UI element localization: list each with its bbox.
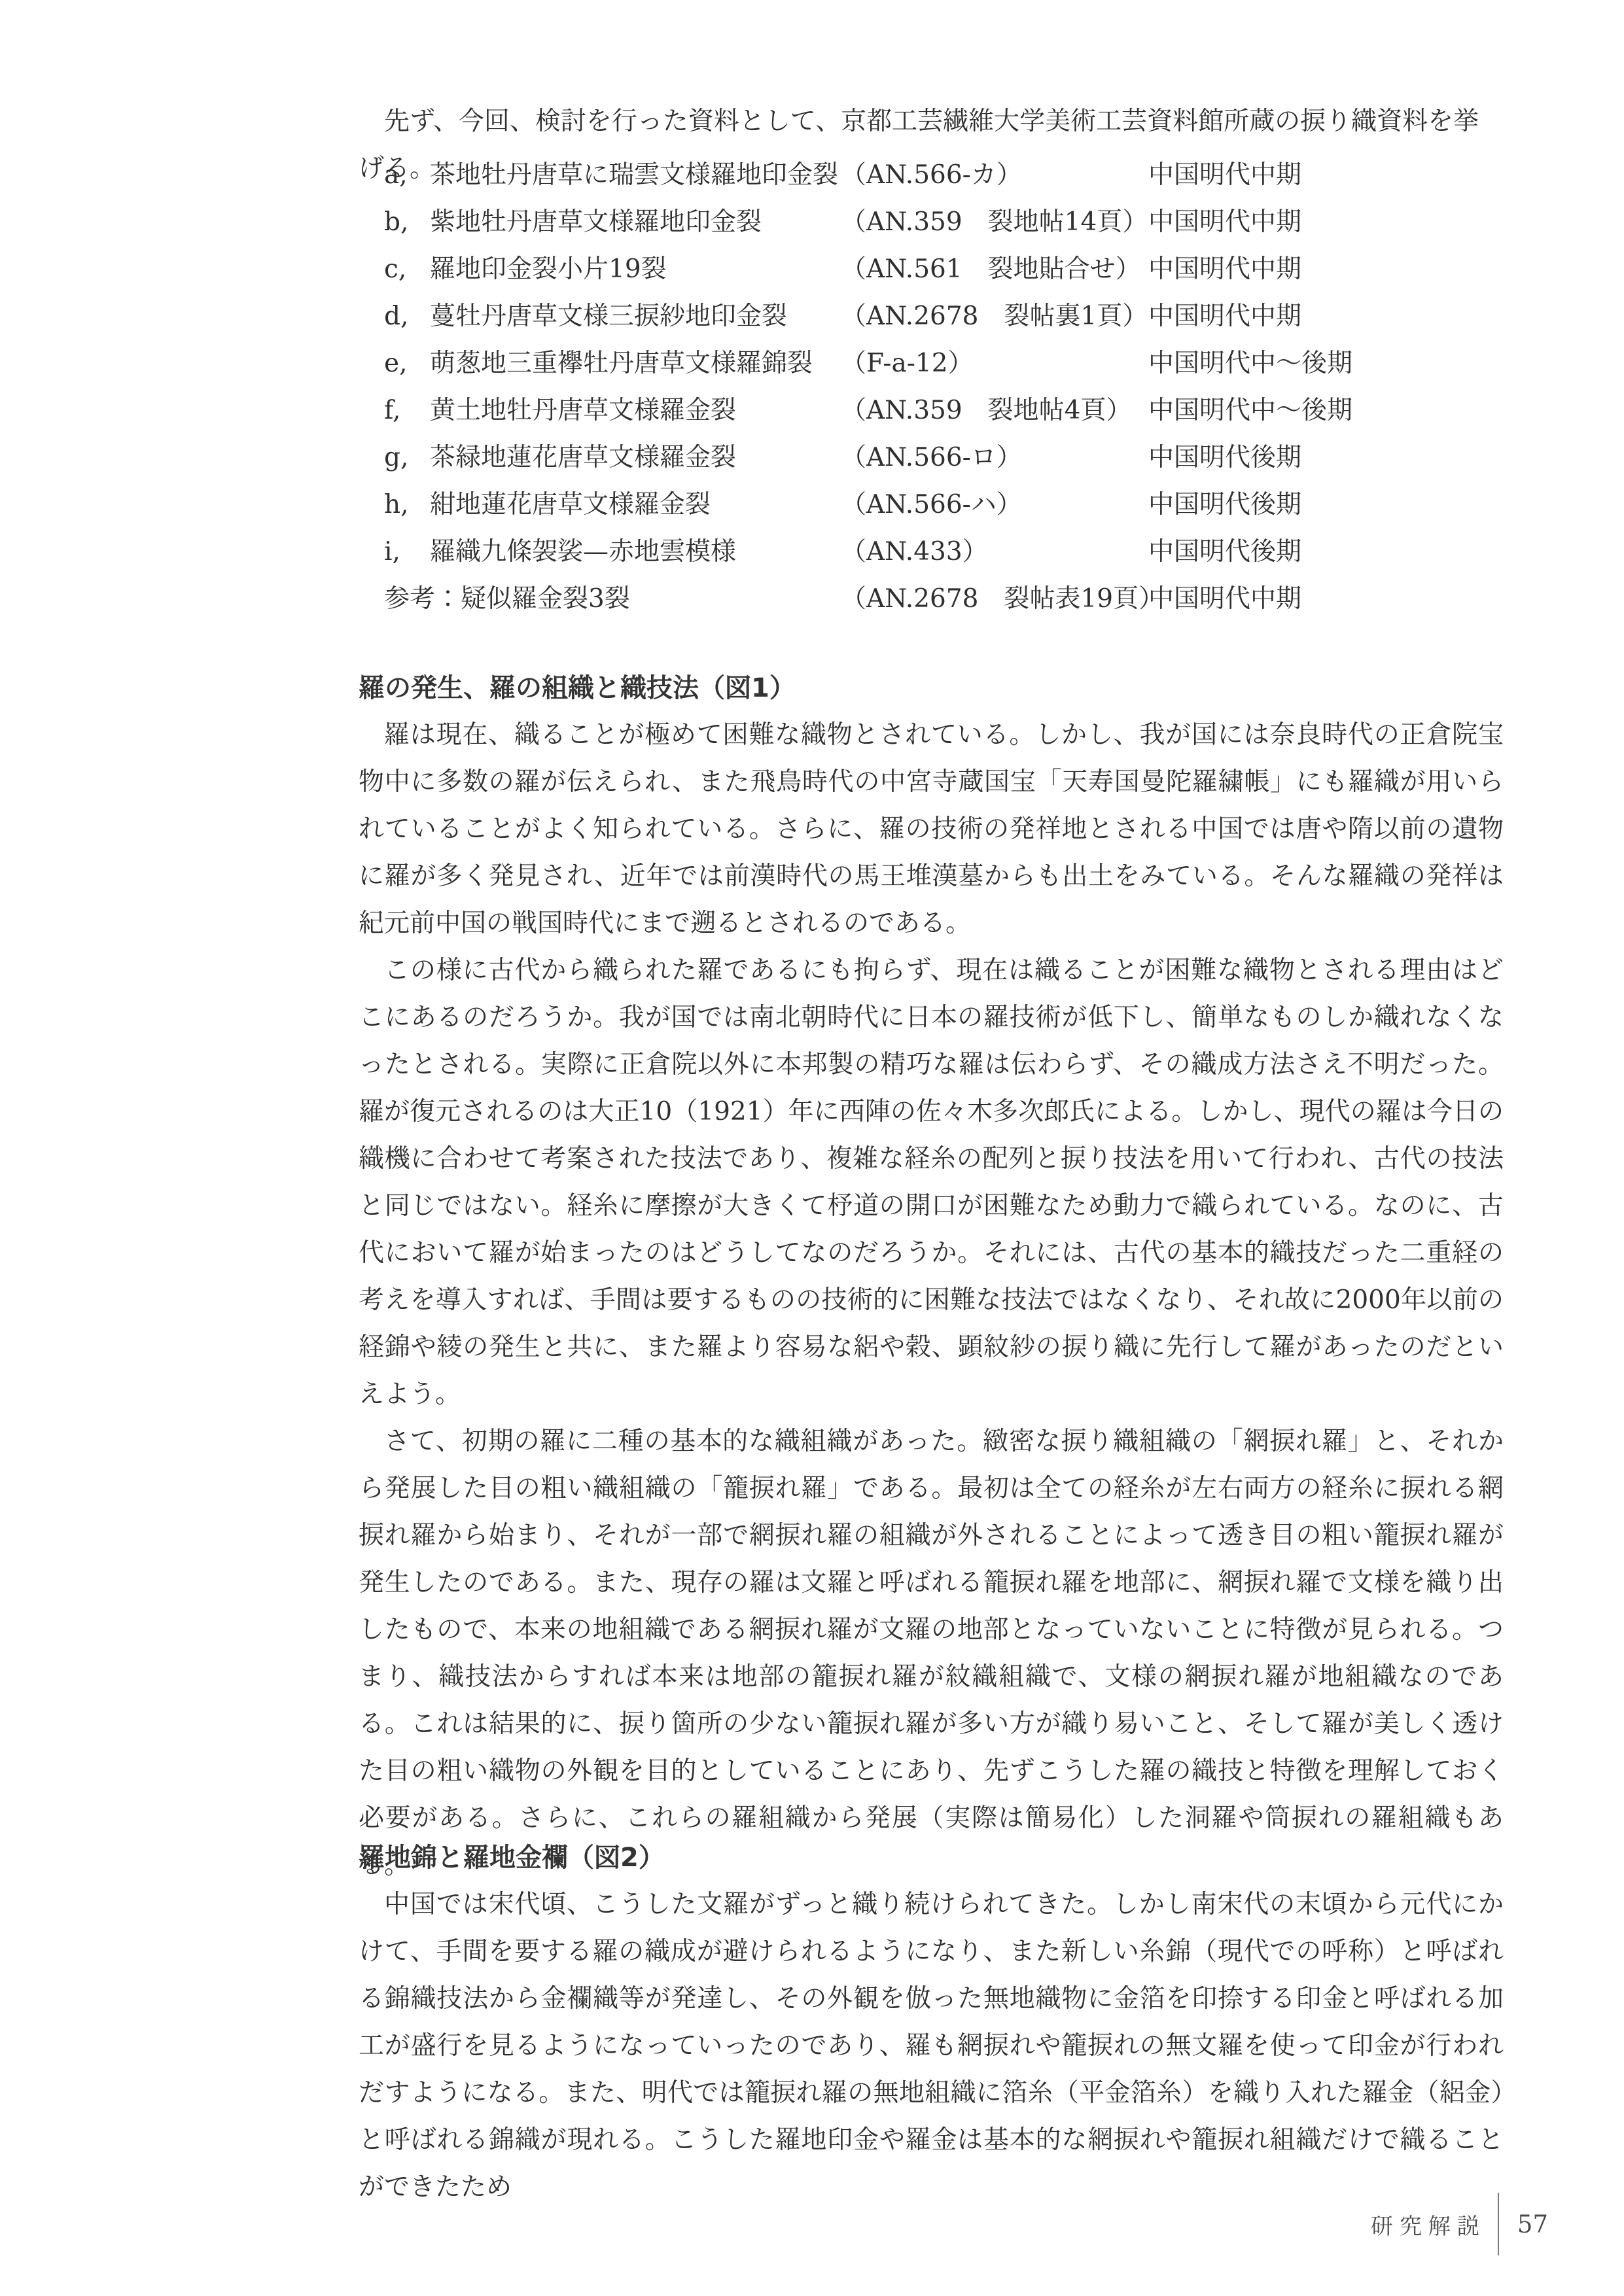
section-heading: 羅の発生、羅の組織と織技法（図1） xyxy=(359,665,1504,712)
item-catalog: （AN.433） xyxy=(841,529,988,576)
section-ra-brocade: 羅地錦と羅地金襴（図2）中国では宋代頃、こうした文羅がずっと織り続けられてきた。… xyxy=(359,1834,1504,2211)
list-item: b,紫地牡丹唐草文様羅地印金裂（AN.359 裂地帖14頁）中国明代中期 xyxy=(359,199,1504,246)
item-name: 紺地蓮花唐草文様羅金裂 xyxy=(430,481,711,529)
item-name: 蔓牡丹唐草文様三捩紗地印金裂 xyxy=(430,293,787,340)
item-period: 中国明代中～後期 xyxy=(1148,387,1352,434)
item-name: 羅地印金裂小片19裂 xyxy=(430,246,667,293)
item-name: 萌葱地三重襷牡丹唐草文様羅錦裂 xyxy=(430,340,813,387)
specimen-list: a,茶地牡丹唐草に瑞雲文様羅地印金裂（AN.566-カ）中国明代中期b,紫地牡丹… xyxy=(359,152,1504,623)
body-paragraph: この様に古代から織られた羅であるにも拘らず、現在は織ることが困難な織物とされる理… xyxy=(359,947,1504,1418)
item-period: 中国明代後期 xyxy=(1148,529,1301,576)
item-catalog: （AN.2678 裂帖表19頁） xyxy=(841,576,1164,623)
item-catalog: （AN.359 裂地帖14頁） xyxy=(841,199,1148,246)
body-paragraph: 中国では宋代頃、こうした文羅がずっと織り続けられてきた。しかし南宋代の末頃から元… xyxy=(359,1881,1504,2211)
section-weave-origin: 羅の発生、羅の組織と織技法（図1）羅は現在、織ることが極めて困難な織物とされてい… xyxy=(359,665,1504,1889)
footer-section-label: 研究解説 xyxy=(1371,2208,1486,2240)
list-item: f,黄土地牡丹唐草文様羅金裂（AN.359 裂地帖4頁）中国明代中～後期 xyxy=(359,387,1504,434)
item-label: d, xyxy=(384,293,408,340)
item-name: 紫地牡丹唐草文様羅地印金裂 xyxy=(430,199,762,246)
item-period: 中国明代後期 xyxy=(1148,434,1301,481)
footer-page-number: 57 xyxy=(1517,2210,1548,2238)
item-period: 中国明代中期 xyxy=(1148,199,1301,246)
item-label: c, xyxy=(384,246,406,293)
list-item: a,茶地牡丹唐草に瑞雲文様羅地印金裂（AN.566-カ）中国明代中期 xyxy=(359,152,1504,199)
list-item: 参考：疑似羅金裂3裂（AN.2678 裂帖表19頁）中国明代中期 xyxy=(359,576,1504,623)
item-period: 中国明代中期 xyxy=(1148,576,1301,623)
list-item: h,紺地蓮花唐草文様羅金裂（AN.566-ハ）中国明代後期 xyxy=(359,481,1504,529)
item-catalog: （AN.2678 裂帖裏1頁） xyxy=(841,293,1148,340)
list-item: d,蔓牡丹唐草文様三捩紗地印金裂（AN.2678 裂帖裏1頁）中国明代中期 xyxy=(359,293,1504,340)
item-label: h, xyxy=(384,481,409,529)
footer-divider xyxy=(1498,2193,1499,2255)
item-label: b, xyxy=(384,199,408,246)
item-period: 中国明代中期 xyxy=(1148,293,1301,340)
item-period: 中国明代中期 xyxy=(1148,152,1301,199)
list-item: e,萌葱地三重襷牡丹唐草文様羅錦裂（F-a-12）中国明代中～後期 xyxy=(359,340,1504,387)
item-catalog: （AN.566-カ） xyxy=(841,152,1022,199)
item-catalog: （AN.561 裂地貼合せ） xyxy=(841,246,1141,293)
item-label: g, xyxy=(384,434,408,481)
item-catalog: （AN.566-ハ） xyxy=(841,481,1022,529)
item-name: 羅織九條袈裟—赤地雲模様 xyxy=(430,529,736,576)
item-catalog: （AN.359 裂地帖4頁） xyxy=(841,387,1131,434)
item-name: 茶地牡丹唐草に瑞雲文様羅地印金裂 xyxy=(430,152,838,199)
list-item: c,羅地印金裂小片19裂（AN.561 裂地貼合せ）中国明代中期 xyxy=(359,246,1504,293)
item-name: 黄土地牡丹唐草文様羅金裂 xyxy=(430,387,736,434)
item-label: f, xyxy=(384,387,400,434)
item-name: 参考：疑似羅金裂3裂 xyxy=(384,576,630,623)
section-heading: 羅地錦と羅地金襴（図2） xyxy=(359,1834,1504,1881)
item-label: i, xyxy=(384,529,400,576)
item-period: 中国明代中期 xyxy=(1148,246,1301,293)
list-item: i,羅織九條袈裟—赤地雲模様（AN.433）中国明代後期 xyxy=(359,529,1504,576)
item-period: 中国明代後期 xyxy=(1148,481,1301,529)
item-catalog: （AN.566-ロ） xyxy=(841,434,1022,481)
item-label: e, xyxy=(384,340,407,387)
item-catalog: （F-a-12） xyxy=(841,340,974,387)
document-page: 先ず、今回、検討を行った資料として、京都工芸繊維大学美術工芸資料館所蔵の捩り織資… xyxy=(0,0,1624,2296)
list-item: g,茶緑地蓮花唐草文様羅金裂（AN.566-ロ）中国明代後期 xyxy=(359,434,1504,481)
item-name: 茶緑地蓮花唐草文様羅金裂 xyxy=(430,434,736,481)
item-label: a, xyxy=(384,152,408,199)
body-paragraph: 羅は現在、織ることが極めて困難な織物とされている。しかし、我が国には奈良時代の正… xyxy=(359,712,1504,947)
page-footer: 研究解説 57 xyxy=(1371,2193,1548,2255)
item-period: 中国明代中～後期 xyxy=(1148,340,1352,387)
body-paragraph: さて、初期の羅に二種の基本的な織組織があった。緻密な捩り織組織の「網捩れ羅」と、… xyxy=(359,1418,1504,1889)
